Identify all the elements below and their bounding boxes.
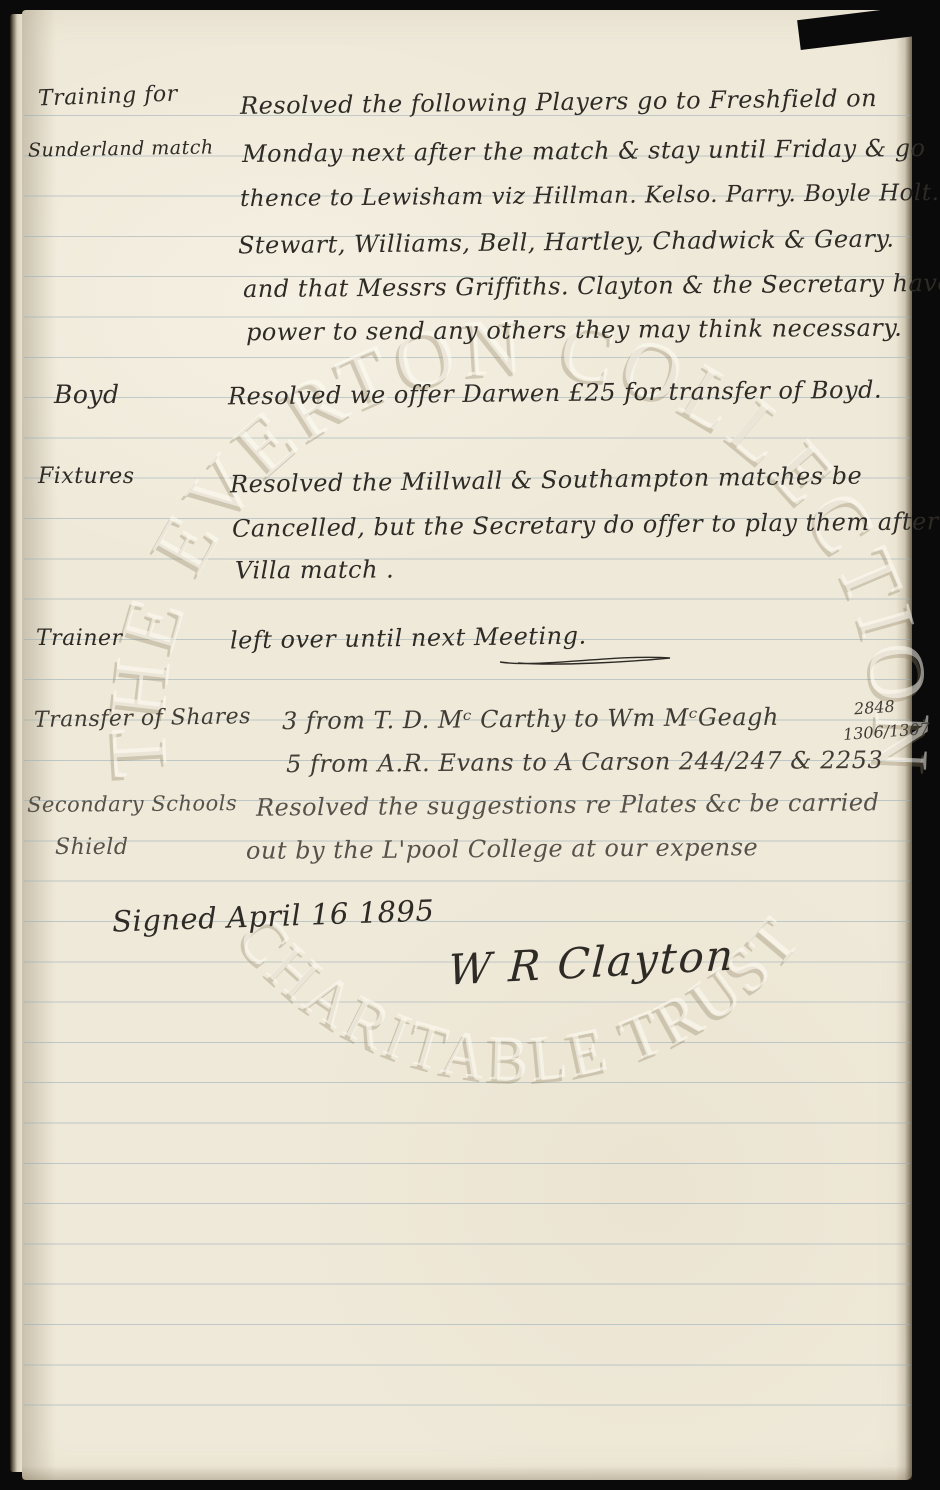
margin-heading: Fixtures — [38, 464, 135, 489]
margin-heading: Secondary Schools — [27, 791, 237, 817]
margin-heading: Training for — [38, 82, 178, 112]
margin-heading: Sunderland match — [28, 136, 214, 161]
scanned-page-photo: THE EVERTON COLLECTION CHARITABLE TRUST … — [0, 0, 940, 1490]
minute-body-line: 5 from A.R. Evans to A Carson 244/247 & … — [286, 746, 883, 778]
minute-body-line: Monday next after the match & stay until… — [242, 134, 926, 168]
minute-body-line: Villa match . — [235, 555, 394, 584]
minute-body-line: Resolved the suggestions re Plates &c be… — [256, 788, 880, 821]
margin-heading: Transfer of Shares — [34, 704, 251, 733]
page-bottom-edge-shadow — [22, 1466, 912, 1480]
minute-body-line: 3 from T. D. Mᶜ Carthy to Wm MᶜGeagh — [282, 703, 779, 735]
minute-body-line: out by the L'pool College at our expense — [246, 833, 758, 865]
share-certificate-number: 2848 — [853, 697, 895, 719]
gutter-shadow — [22, 10, 56, 1480]
margin-heading: Boyd — [54, 380, 120, 409]
minute-body-line: power to send any others they may think … — [246, 314, 903, 347]
margin-heading: Shield — [55, 835, 128, 860]
minute-body-line: left over until next Meeting. — [230, 622, 587, 655]
margin-heading: Trainer — [36, 626, 123, 651]
page-right-edge-shadow — [896, 10, 912, 1480]
